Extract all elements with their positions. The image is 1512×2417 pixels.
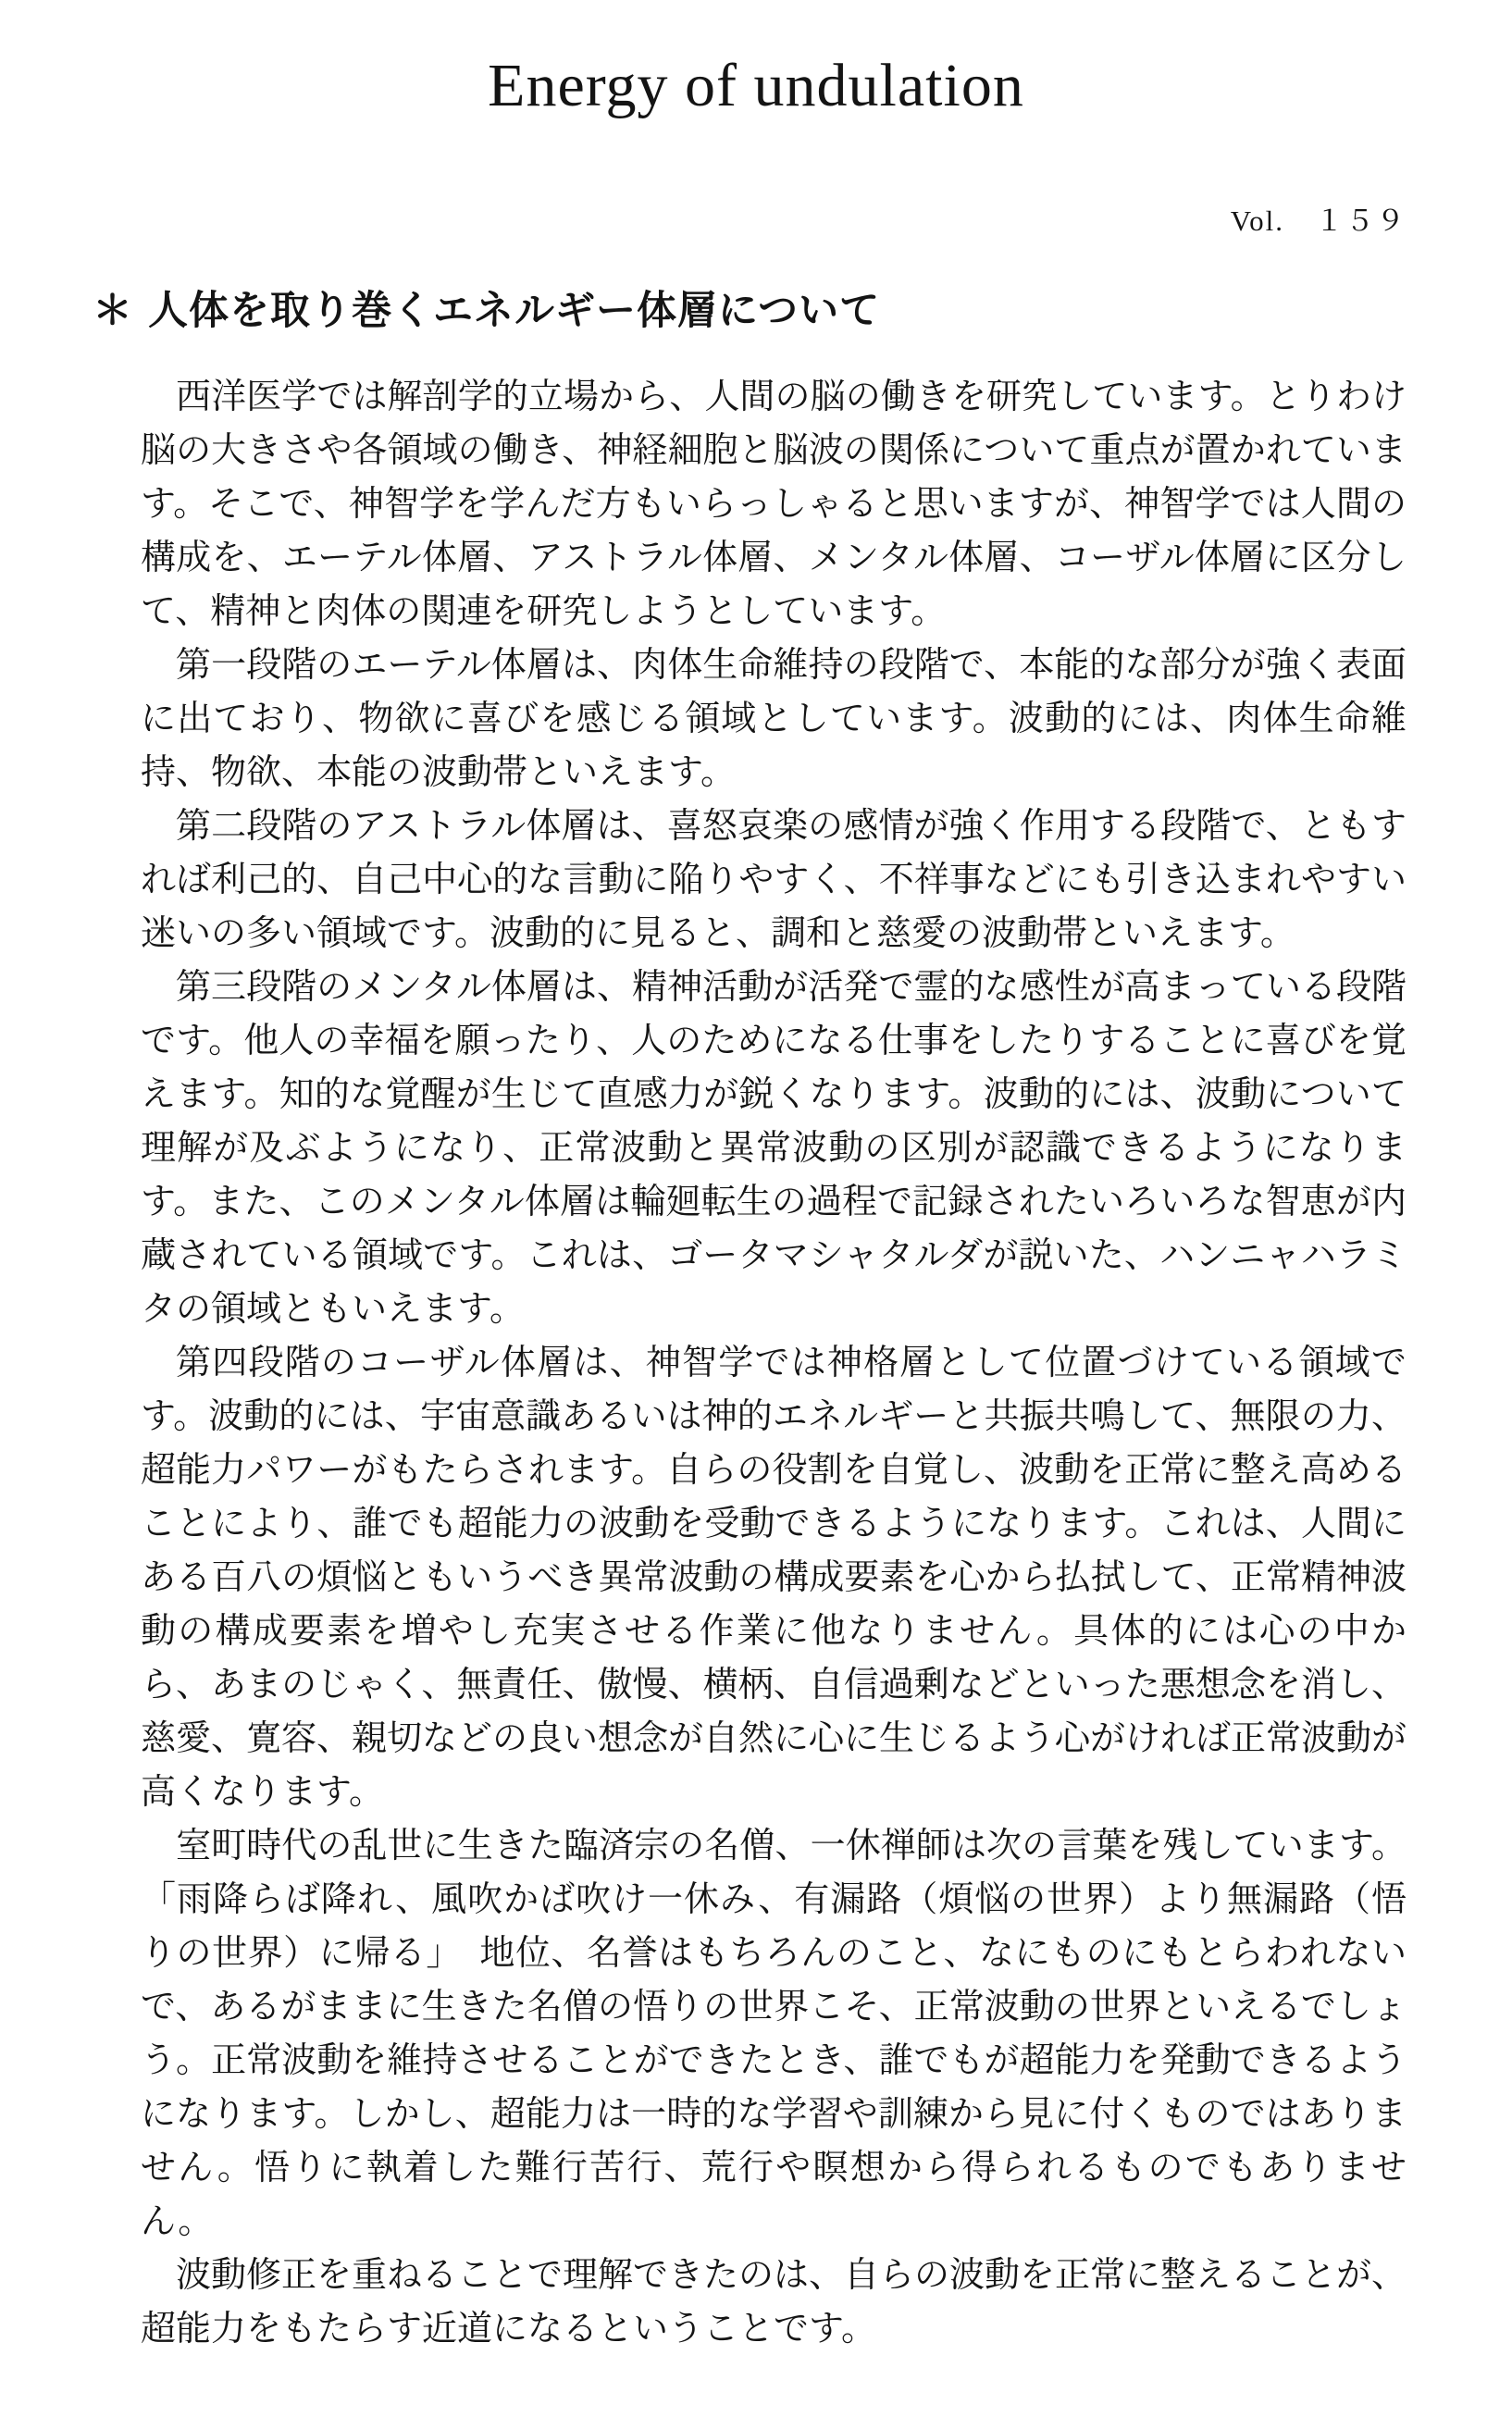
body-paragraph: 第三段階のメンタル体層は、精神活動が活発で霊的な感性が高まっている段階です。他人… (141, 961, 1407, 1336)
heading-text: 人体を取り巻くエネルギー体層について (148, 290, 880, 333)
body-paragraph: 室町時代の乱世に生きた臨済宗の名僧、一休禅師は次の言葉を残しています。「雨降らば… (141, 1819, 1407, 2249)
body-paragraph: 西洋医学では解剖学的立場から、人間の脳の働きを研究しています。とりわけ脳の大きさ… (141, 370, 1407, 638)
body-paragraph: 第四段階のコーザル体層は、神智学では神格層として位置づけている領域です。波動的に… (141, 1336, 1407, 1819)
heading-marker: ＊ (93, 290, 133, 333)
document-page: Energy of undulation Vol. １５９ ＊人体を取り巻くエネ… (0, 48, 1512, 2417)
volume-label: Vol. １５９ (0, 204, 1512, 239)
page-title: Energy of undulation (0, 48, 1512, 124)
body-paragraph: 第一段階のエーテル体層は、肉体生命維持の段階で、本能的な部分が強く表面に出ており… (141, 638, 1407, 799)
body-paragraph: 第二段階のアストラル体層は、喜怒哀楽の感情が強く作用する段階で、ともすれば利己的… (141, 799, 1407, 961)
body-paragraph: 波動修正を重ねることで理解できたのは、自らの波動を正常に整えることが、超能力をも… (141, 2249, 1407, 2356)
document-body: 西洋医学では解剖学的立場から、人間の脳の働きを研究しています。とりわけ脳の大きさ… (141, 370, 1407, 2356)
section-heading: ＊人体を取り巻くエネルギー体層について (93, 287, 1512, 337)
